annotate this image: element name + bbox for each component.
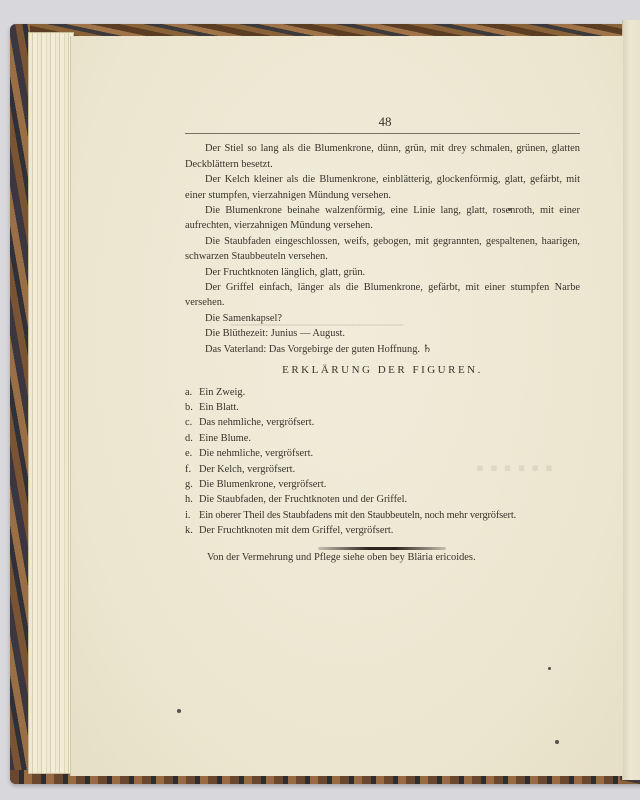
- paragraph-samenkapsel: Die Samenkapsel?: [185, 311, 580, 326]
- figure-item: d.Eine Blume.: [185, 431, 580, 446]
- figure-letter: g.: [185, 477, 199, 492]
- section-title: ERKLÄRUNG DER FIGUREN.: [185, 363, 580, 378]
- paper-speck: [555, 740, 559, 744]
- header-rule: [185, 133, 580, 134]
- paper-speck: [548, 667, 551, 670]
- figure-letter: k.: [185, 523, 199, 538]
- page-edges-stack: [28, 32, 74, 774]
- book-spine-marbled: [10, 24, 30, 784]
- figure-text: Ein Blatt.: [199, 400, 239, 415]
- figure-text: Der Kelch, vergröfsert.: [199, 462, 295, 477]
- paragraph-kelch: Der Kelch kleiner als die Blumenkrone, e…: [185, 172, 580, 203]
- figure-text: Der Fruchtknoten mit dem Griffel, vergrö…: [199, 523, 393, 538]
- figure-item: b.Ein Blatt.: [185, 400, 580, 415]
- end-rule: [318, 547, 446, 550]
- figure-letter: b.: [185, 400, 199, 415]
- figure-letter: i.: [185, 508, 199, 523]
- closing-note: Von der Vermehrung und Pflege siehe oben…: [185, 550, 580, 565]
- paragraph-griffel: Der Griffel einfach, länger als die Blum…: [185, 280, 580, 311]
- figure-text: Eine Blume.: [199, 431, 251, 446]
- page-number: 48: [190, 114, 580, 129]
- page-content: 48 Der Stiel so lang als die Blumenkrone…: [185, 114, 580, 575]
- figure-text: Ein Zweig.: [199, 385, 245, 400]
- figure-letter: c.: [185, 415, 199, 430]
- figure-letter: h.: [185, 492, 199, 507]
- figure-text: Die nehmliche, vergröfsert.: [199, 446, 313, 461]
- figure-item: e.Die nehmliche, vergröfsert.: [185, 446, 580, 461]
- paragraph-stiel: Der Stiel so lang als die Blumenkrone, d…: [185, 141, 580, 172]
- figure-item: k.Der Fruchtknoten mit dem Griffel, verg…: [185, 523, 580, 538]
- figure-list: a.Ein Zweig. b.Ein Blatt. c.Das nehmlich…: [185, 385, 580, 539]
- figure-item: f.Der Kelch, vergröfsert.: [185, 462, 580, 477]
- figure-item: c.Das nehmliche, vergröfsert.: [185, 415, 580, 430]
- figure-item: h.Die Staubfaden, der Fruchtknoten und d…: [185, 492, 580, 507]
- paragraph-staubfaden: Die Staubfaden eingeschlossen, weifs, ge…: [185, 234, 580, 265]
- next-page-edge: [622, 20, 640, 780]
- figure-letter: e.: [185, 446, 199, 461]
- paragraph-vaterland: Das Vaterland: Das Vorgebirge der guten …: [185, 342, 580, 357]
- figure-letter: f.: [185, 462, 199, 477]
- figure-text: Ein oberer Theil des Staubfadens mit den…: [199, 508, 516, 523]
- figure-text: Die Staubfaden, der Fruchtknoten und der…: [199, 492, 407, 507]
- paragraph-fruchtknoten: Der Fruchtknoten länglich, glatt, grün.: [185, 265, 580, 280]
- figure-item: g.Die Blumenkrone, vergröfsert.: [185, 477, 580, 492]
- figure-text: Die Blumenkrone, vergröfsert.: [199, 477, 326, 492]
- paper-speck: [508, 208, 511, 211]
- figure-item: i.Ein oberer Theil des Staubfadens mit d…: [185, 508, 580, 523]
- figure-letter: d.: [185, 431, 199, 446]
- figure-item: a.Ein Zweig.: [185, 385, 580, 400]
- figure-letter: a.: [185, 385, 199, 400]
- paragraph-blumenkrone: Die Blumenkrone beinahe walzenförmig, ei…: [185, 203, 580, 234]
- paragraph-bluethezeit: Die Blüthezeit: Junius — August.: [185, 326, 580, 341]
- figure-text: Das nehmliche, vergröfsert.: [199, 415, 314, 430]
- paper-speck: [177, 709, 181, 713]
